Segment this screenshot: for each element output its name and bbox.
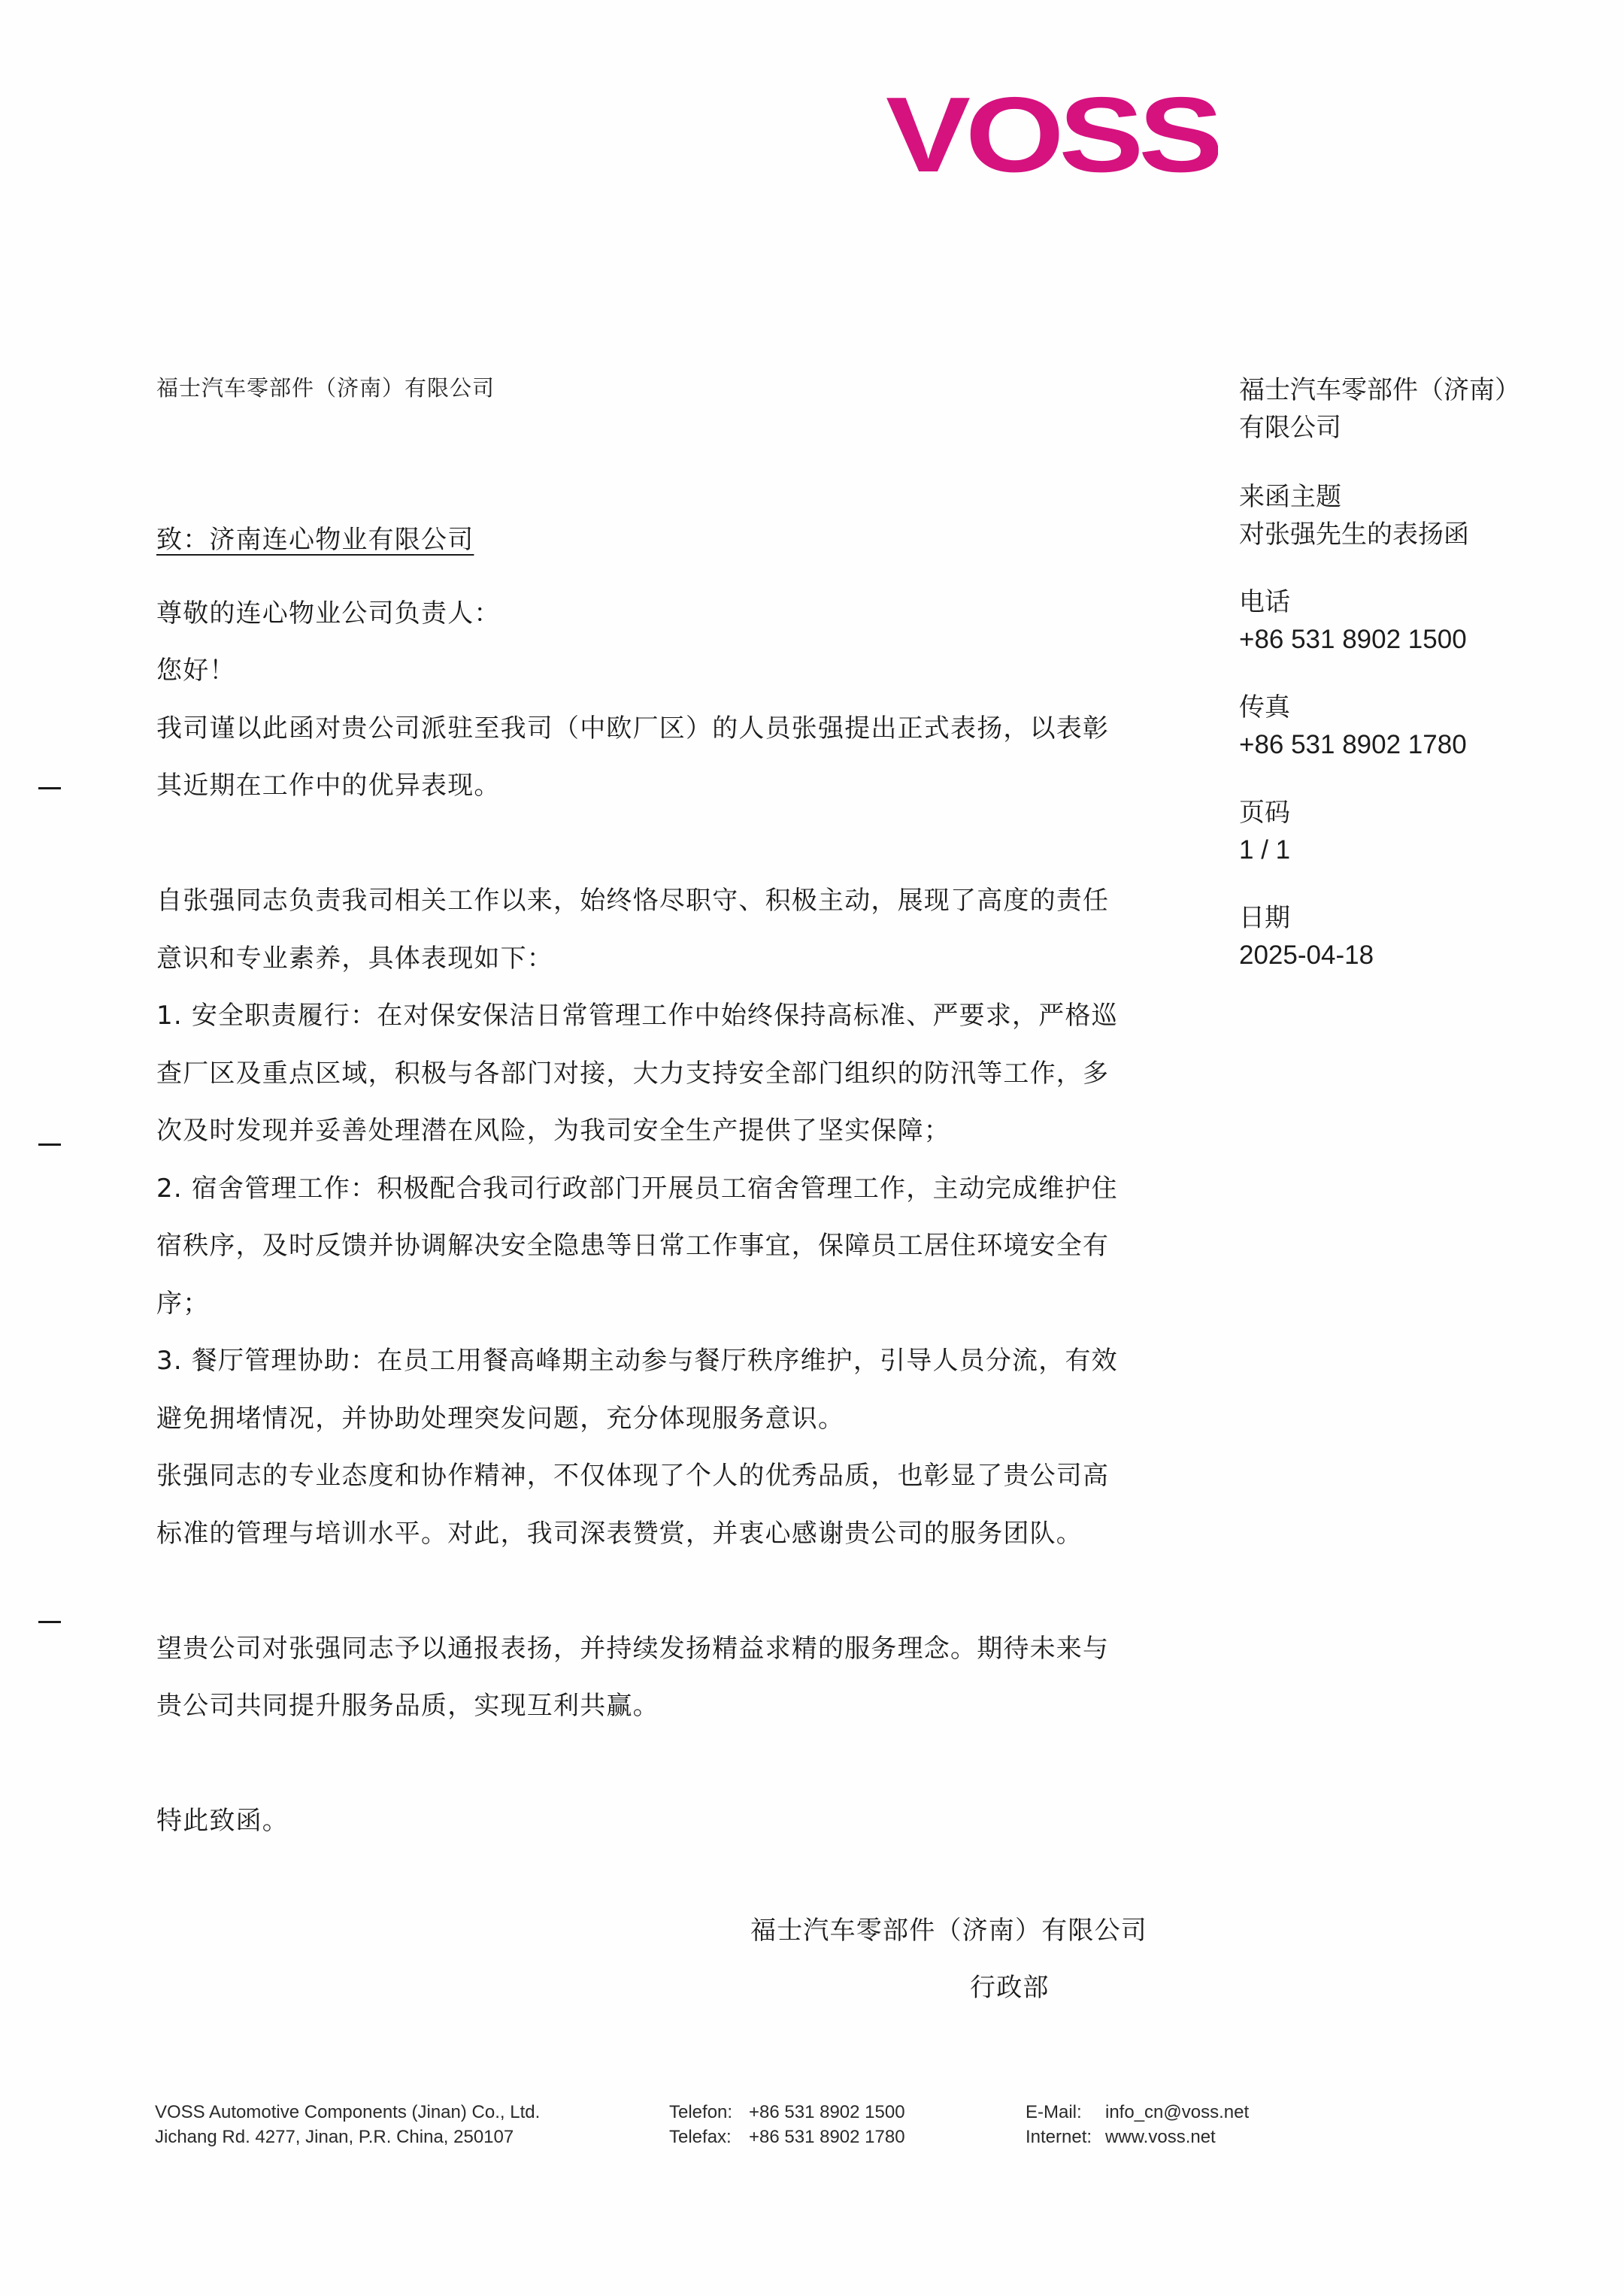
sender-company: 福士汽车零部件（济南）有限公司	[156, 371, 495, 402]
salutation: 尊敬的连心物业公司负责人：	[156, 585, 1156, 643]
footer-telefax: Telefax:+86 531 8902 1780	[669, 2125, 905, 2149]
recipient-line: 致：济南连心物业有限公司	[156, 511, 1156, 569]
footer-telefon: Telefon:+86 531 8902 1500	[669, 2100, 905, 2125]
info-page: 页码 1 / 1	[1239, 794, 1600, 869]
appreciation-line: 标准的管理与培训水平。对此，我司深表赞赏，并衷心感谢贵公司的服务团队。	[156, 1505, 1156, 1563]
fold-mark	[38, 787, 61, 789]
item-1-line: 1. 安全职责履行：在对保安保洁日常管理工作中始终保持高标准、严要求，严格巡	[156, 987, 1156, 1045]
phone-label: 电话	[1239, 583, 1600, 621]
footer-phone-column: Telefon:+86 531 8902 1500 Telefax:+86 53…	[669, 2100, 905, 2149]
item-2-line: 序；	[156, 1275, 1156, 1333]
footer-address-column: VOSS Automotive Components (Jinan) Co., …	[155, 2100, 540, 2149]
letter-info-panel: 福士汽车零部件（济南） 有限公司 来函主题 对张强先生的表扬函 电话 +86 5…	[1239, 371, 1600, 1004]
greeting: 您好！	[156, 642, 1156, 700]
signature-block: 福士汽车零部件（济南）有限公司 行政部	[750, 1902, 1147, 2016]
summary-line: 意识和专业素养，具体表现如下：	[156, 930, 1156, 988]
intro-line: 其近期在工作中的优异表现。	[156, 757, 1156, 815]
fold-mark	[38, 1621, 61, 1623]
item-2-line: 宿秩序，及时反馈并协调解决安全隐患等日常工作事宜，保障员工居住环境安全有	[156, 1217, 1156, 1275]
signature-department: 行政部	[750, 1959, 1147, 2016]
closing-line: 特此致函。	[156, 1792, 1156, 1850]
item-3-line: 避免拥堵情况，并协助处理突发问题，充分体现服务意识。	[156, 1390, 1156, 1448]
item-3-line: 3. 餐厅管理协助：在员工用餐高峰期主动参与餐厅秩序维护，引导人员分流，有效	[156, 1332, 1156, 1390]
info-fax: 传真 +86 531 8902 1780	[1239, 689, 1600, 764]
info-phone: 电话 +86 531 8902 1500	[1239, 583, 1600, 659]
date-label: 日期	[1239, 899, 1600, 937]
svg-text:VOSS: VOSS	[886, 89, 1218, 186]
footer-telefon-label: Telefon:	[669, 2100, 749, 2125]
info-date: 日期 2025-04-18	[1239, 899, 1600, 974]
paragraph-gap	[156, 1562, 1156, 1620]
intro-line: 我司谨以此函对贵公司派驻至我司（中欧厂区）的人员张强提出正式表扬，以表彰	[156, 700, 1156, 758]
appreciation-line: 张强同志的专业态度和协作精神，不仅体现了个人的优秀品质，也彰显了贵公司高	[156, 1447, 1156, 1505]
item-1-line: 次及时发现并妥善处理潜在风险，为我司安全生产提供了坚实保障；	[156, 1102, 1156, 1160]
date-value: 2025-04-18	[1239, 937, 1600, 974]
request-line: 贵公司共同提升服务品质，实现互利共赢。	[156, 1677, 1156, 1735]
request-line: 望贵公司对张强同志予以通报表扬，并持续发扬精益求精的服务理念。期待未来与	[156, 1620, 1156, 1678]
page-label: 页码	[1239, 794, 1600, 831]
footer-internet-value: www.voss.net	[1105, 2127, 1216, 2147]
voss-logo: VOSS	[886, 89, 1218, 186]
footer-internet: Internet:www.voss.net	[1026, 2125, 1249, 2149]
letter-body: 致：济南连心物业有限公司 尊敬的连心物业公司负责人： 您好！ 我司谨以此函对贵公…	[156, 511, 1156, 1850]
phone-value: +86 531 8902 1500	[1239, 621, 1600, 659]
info-company-line1: 福士汽车零部件（济南）	[1239, 371, 1600, 409]
footer-email: E-Mail:info_cn@voss.net	[1026, 2100, 1249, 2125]
summary-line: 自张强同志负责我司相关工作以来，始终恪尽职守、积极主动，展现了高度的责任	[156, 872, 1156, 930]
footer-telefax-value: +86 531 8902 1780	[749, 2127, 905, 2147]
fax-label: 传真	[1239, 689, 1600, 726]
info-company: 福士汽车零部件（济南） 有限公司	[1239, 371, 1600, 447]
paragraph-gap	[156, 815, 1156, 873]
footer-email-label: E-Mail:	[1026, 2100, 1105, 2125]
fax-value: +86 531 8902 1780	[1239, 726, 1600, 764]
footer-telefon-value: +86 531 8902 1500	[749, 2102, 905, 2122]
subject-label: 来函主题	[1239, 478, 1600, 516]
signature-company: 福士汽车零部件（济南）有限公司	[750, 1902, 1147, 1959]
footer-internet-label: Internet:	[1026, 2125, 1105, 2149]
info-subject: 来函主题 对张强先生的表扬函	[1239, 478, 1600, 553]
voss-logo-icon: VOSS	[886, 89, 1218, 186]
footer-company-name: VOSS Automotive Components (Jinan) Co., …	[155, 2100, 540, 2125]
footer-address: Jichang Rd. 4277, Jinan, P.R. China, 250…	[155, 2125, 540, 2149]
letter-page: VOSS 福士汽车零部件（济南）有限公司 福士汽车零部件（济南） 有限公司 来函…	[0, 0, 1624, 2296]
page-value: 1 / 1	[1239, 831, 1600, 869]
subject-value: 对张强先生的表扬函	[1239, 516, 1600, 553]
footer-email-value: info_cn@voss.net	[1105, 2102, 1249, 2122]
item-2-line: 2. 宿舍管理工作：积极配合我司行政部门开展员工宿舍管理工作，主动完成维护住	[156, 1160, 1156, 1218]
item-1-line: 查厂区及重点区域，积极与各部门对接，大力支持安全部门组织的防汛等工作，多	[156, 1045, 1156, 1103]
paragraph-gap	[156, 1735, 1156, 1793]
fold-mark	[38, 1143, 61, 1146]
footer-telefax-label: Telefax:	[669, 2125, 749, 2149]
footer-web-column: E-Mail:info_cn@voss.net Internet:www.vos…	[1026, 2100, 1249, 2149]
info-company-line2: 有限公司	[1239, 409, 1600, 447]
